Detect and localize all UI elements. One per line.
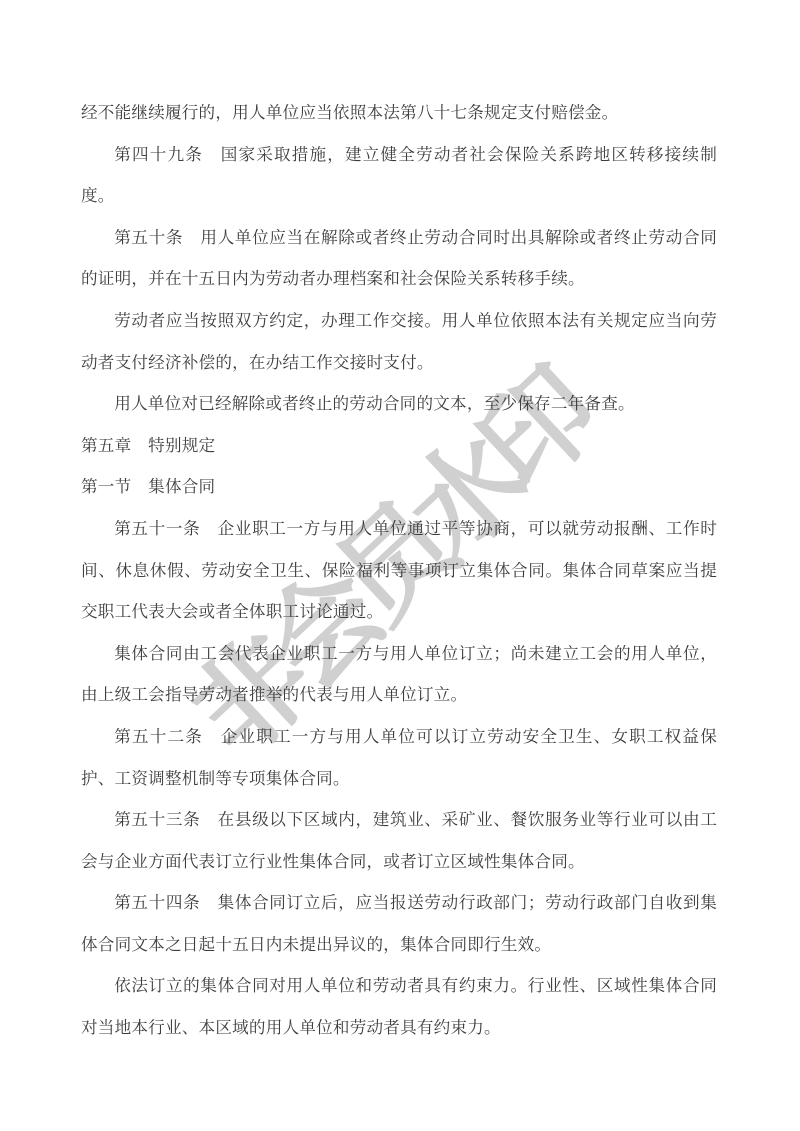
- paragraph: 第五十三条 在县级以下区域内，建筑业、采矿业、餐饮服务业等行业可以由工会与企业方…: [81, 799, 717, 882]
- paragraph: 依法订立的集体合同对用人单位和劳动者具有约束力。行业性、区域性集体合同对当地本行…: [81, 965, 717, 1048]
- chapter-heading: 第五章 特别规定: [81, 425, 717, 467]
- paragraph: 劳动者应当按照双方约定，办理工作交接。用人单位依照本法有关规定应当向劳动者支付经…: [81, 300, 717, 383]
- document-body: 经不能继续履行的，用人单位应当依照本法第八十七条规定支付赔偿金。第四十九条 国家…: [81, 92, 717, 1049]
- document-page: 非会员水印 经不能继续履行的，用人单位应当依照本法第八十七条规定支付赔偿金。第四…: [0, 0, 800, 1131]
- paragraph: 第五十条 用人单位应当在解除或者终止劳动合同时出具解除或者终止劳动合同的证明，并…: [81, 217, 717, 300]
- paragraph: 用人单位对已经解除或者终止的劳动合同的文本，至少保存二年备查。: [81, 383, 717, 425]
- paragraph: 集体合同由工会代表企业职工一方与用人单位订立；尚未建立工会的用人单位，由上级工会…: [81, 633, 717, 716]
- paragraph: 第四十九条 国家采取措施，建立健全劳动者社会保险关系跨地区转移接续制度。: [81, 134, 717, 217]
- paragraph: 第五十一条 企业职工一方与用人单位通过平等协商，可以就劳动报酬、工作时间、休息休…: [81, 508, 717, 633]
- paragraph: 第五十四条 集体合同订立后，应当报送劳动行政部门；劳动行政部门自收到集体合同文本…: [81, 882, 717, 965]
- paragraph: 第五十二条 企业职工一方与用人单位可以订立劳动安全卫生、女职工权益保护、工资调整…: [81, 716, 717, 799]
- paragraph: 经不能继续履行的，用人单位应当依照本法第八十七条规定支付赔偿金。: [81, 92, 717, 134]
- section-heading: 第一节 集体合同: [81, 466, 717, 508]
